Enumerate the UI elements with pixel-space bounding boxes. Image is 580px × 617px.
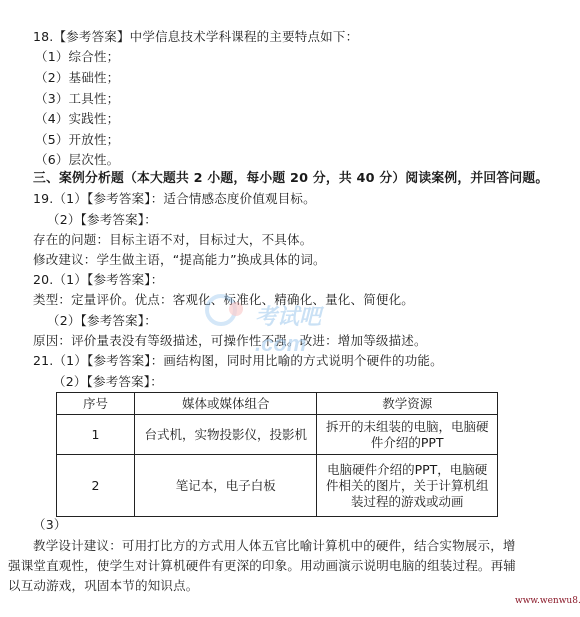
q21-suggestion-line-2: 强课堂直观性，使学生对计算机硬件有更深的印象。用动画演示说明电脑的组装过程。再辅 <box>8 558 516 574</box>
cell-resource: 拆开的未组装的电脑，电脑硬 件介绍的PPT <box>317 415 498 455</box>
cell-media: 笔记本，电子白板 <box>135 455 317 517</box>
cell-no: 2 <box>57 455 135 517</box>
col-header-no: 序号 <box>57 393 135 415</box>
q20-part1-label: 20.（1）【参考答案】： <box>33 272 163 288</box>
q18-item-6: （6）层次性。 <box>35 152 119 168</box>
section-3-title: 三、案例分析题（本大题共 2 小题，每小题 20 分，共 40 分）阅读案例，并… <box>33 171 548 187</box>
q21-part3-label: （3） <box>33 517 67 533</box>
media-resources-table: 序号 媒体或媒体组合 教学资源 1 台式机，实物投影仪，投影机 拆开的未组装的电… <box>56 392 498 517</box>
answer-document: 18.【参考答案】中学信息技术学科课程的主要特点如下： （1）综合性； （2）基… <box>0 0 580 617</box>
q18-item-1: （1）综合性； <box>35 49 119 65</box>
q18-item-3: （3）工具性； <box>35 91 119 107</box>
q20-reason-line: 原因：评价量表没有等级描述，可操作性不强。改进：增加等级描述。 <box>33 333 427 349</box>
q21-suggestion-line-3: 以互动游戏，巩固本节的知识点。 <box>8 578 199 594</box>
q21-part2-label: （2）【参考答案】： <box>53 374 163 390</box>
col-header-resource: 教学资源 <box>317 393 498 415</box>
watermark-dot-icon <box>229 302 243 316</box>
q21-part1: 21.（1）【参考答案】：画结构图，同时用比喻的方式说明个硬件的功能。 <box>33 353 443 369</box>
q19-problem: 存在的问题：目标主语不对，目标过大，不具体。 <box>33 232 312 248</box>
q21-suggestion-line-1: 教学设计建议：可用打比方的方式用人体五官比喻计算机中的硬件，结合实物展示，增 <box>33 538 516 554</box>
col-header-media: 媒体或媒体组合 <box>135 393 317 415</box>
watermark-text: 考试吧 .com <box>255 300 325 357</box>
table-row: 2 笔记本，电子白板 电脑硬件介绍的PPT，电脑硬 件相关的图片，关于计算机组 … <box>57 455 498 517</box>
cell-no: 1 <box>57 415 135 455</box>
q19-part1: 19.（1）【参考答案】：适合情感态度价值观目标。 <box>33 191 316 207</box>
q18-heading: 18.【参考答案】中学信息技术学科课程的主要特点如下： <box>33 29 358 45</box>
q18-item-4: （4）实践性； <box>35 111 119 127</box>
table-header-row: 序号 媒体或媒体组合 教学资源 <box>57 393 498 415</box>
cell-resource: 电脑硬件介绍的PPT，电脑硬 件相关的图片，关于计算机组 装过程的游戏或动画 <box>317 455 498 517</box>
site-watermark-text: www.wenwu8.c <box>515 596 580 606</box>
q19-suggestion: 修改建议：学生做主语，“提高能力”换成具体的词。 <box>33 252 326 268</box>
watermark-logo: 考试吧 .com <box>205 290 325 330</box>
q21-suggestion-text-1: 教学设计建议：可用打比方的方式用人体五官比喻计算机中的硬件，结合实物展示，增 <box>33 538 516 553</box>
q20-part2-label: （2）【参考答案】： <box>47 313 157 329</box>
cell-media: 台式机，实物投影仪，投影机 <box>135 415 317 455</box>
q18-item-2: （2）基础性； <box>35 70 119 86</box>
table-row: 1 台式机，实物投影仪，投影机 拆开的未组装的电脑，电脑硬 件介绍的PPT <box>57 415 498 455</box>
q18-item-5: （5）开放性； <box>35 132 119 148</box>
q19-part2-label: （2）【参考答案】： <box>47 212 157 228</box>
